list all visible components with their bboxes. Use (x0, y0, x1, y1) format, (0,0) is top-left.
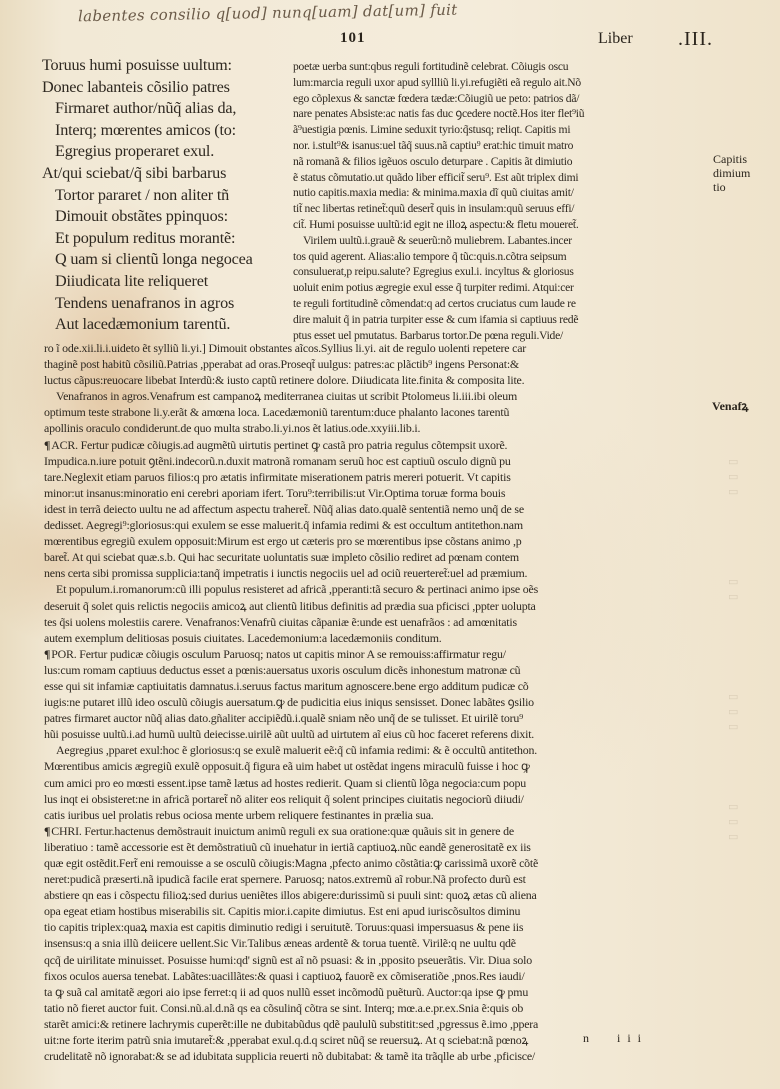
commentary-line: tes q̃si uolens molestiis carere. Venafr… (44, 614, 712, 630)
commentary-section-por: ¶POR. Fertur pudicæ cõiugis osculum Paru… (44, 646, 712, 662)
commentary-line: ã⁹uestigia pœnis. Limine seduxit tyrio:q… (293, 122, 713, 138)
commentary-line: uoluit enim potius ægregie exul esse q̃ … (293, 280, 713, 296)
commentary-line: hũi posuisse uultũ.i.ad humũ uultũ deiec… (44, 726, 712, 742)
commentary-line: ta ꝙ suã cal amitatẽ ægori aio ipse ferr… (44, 984, 712, 1000)
commentary-line: Mœrentibus amicis ægregiũ exulẽ opposuit… (44, 758, 712, 774)
pilcrow-icon: ¶ (44, 824, 50, 838)
margin-note-venafrum: Venafꝝ (712, 399, 749, 413)
commentary-line: nã romanã & filios igẽuos osculo deturpa… (293, 154, 713, 170)
commentary-line: ego cõplexus & sanctæ fœdera tædæ:Cõiugi… (293, 91, 713, 107)
commentary-column: poetæ uerba sunt:qbus reguli fortitudinẽ… (293, 59, 713, 343)
commentary-line: dedisset. Aegregi⁹:gloriosus:qui exulem … (44, 517, 712, 533)
running-head: Liber (598, 30, 633, 48)
commentary-line: fixos oculos auersa tenebat. Labãtes:uac… (44, 968, 712, 984)
handwritten-annotation: labentes consilio q[uod] nunq[uam] dat[u… (78, 1, 458, 26)
commentary-full-width: ro ĩ ode.xii.li.i.uideto ẽt sylliũ li.yi… (44, 340, 712, 1064)
signature-mark: ni i i (583, 1031, 643, 1046)
show-through-text: ▭▭▭ (728, 690, 738, 735)
commentary-line: Virilem uultũ.i.grauẽ & seuerũ:nõ mulieb… (293, 233, 713, 249)
commentary-line: liberatiuo : tamẽ accessorie est ẽt demõ… (44, 839, 712, 855)
show-through-text: ▭▭▭ (728, 455, 738, 500)
commentary-line: minor:ut insanus:minoratio eni cerebri a… (44, 485, 712, 501)
verse-line: Aut lacedæmonium tarentũ. (42, 314, 287, 336)
margin-note-line: tio (713, 180, 750, 194)
commentary-line: patres firmaret auctor nũq̃ alias dato.g… (44, 710, 712, 726)
commentary-line: tit̃ nec libertas retinet̃:quũ desert̃ q… (293, 201, 713, 217)
folio-number: 101 (340, 30, 366, 47)
commentary-line: iugis:ne putaret illũ ideo osculũ cõiugi… (44, 694, 712, 710)
commentary-line: crudelitatẽ nõ ignorabat:& se ad idubita… (44, 1048, 712, 1064)
verse-line: Interq; mœrentes amicos (to: (42, 120, 287, 142)
commentary-line: deseruit q̃ solet quis relictis negociis… (44, 598, 712, 614)
commentary-line: insensus:q a snia illũ deiicere uellent.… (44, 935, 712, 951)
show-through-text: ▭▭ (728, 575, 738, 605)
commentary-line: tos quid agerent. Alias:alio tempore q̃ … (293, 249, 713, 265)
commentary-line: CHRI. Fertur.hactenus demõstrauit inuict… (51, 824, 514, 838)
signature-number: i i i (617, 1031, 643, 1045)
commentary-line: nutio capitis.maxia media: & minima.maxi… (293, 185, 713, 201)
commentary-line: Venafranos in agros.Venafrum est campano… (44, 388, 712, 404)
verse-line: Dimouit obstãtes ppinquos: (42, 206, 287, 228)
verse-line: Diiudicata lite reliqueret (42, 271, 287, 293)
verse-block: Toruus humi posuisse uultum: Donec laban… (42, 55, 287, 336)
commentary-line: nens certa sibi promissa supplicia:tanq̃… (44, 565, 712, 581)
verse-line: Tendens uenafranos in agros (42, 293, 287, 315)
verse-line: Tortor pararet / non aliter tñ (42, 185, 287, 207)
commentary-line: Aegregius ,pparet exul:hoc ẽ gloriosus:q… (44, 742, 712, 758)
commentary-line: esse qui sit infamiæ captiuitatis damnat… (44, 678, 712, 694)
commentary-line: nor. i.stult⁹& isanus:uel tãq̃ suus.nã c… (293, 138, 713, 154)
pilcrow-icon: ¶ (44, 438, 50, 452)
signature-letter: n (583, 1031, 591, 1045)
commentary-line: neret:pudicã præserti.nã ipudicã facile … (44, 871, 712, 887)
commentary-section-chri: ¶CHRI. Fertur.hactenus demõstrauit inuic… (44, 823, 712, 839)
commentary-line: qcq̃ de uirilitate minuisset. Posuisse h… (44, 952, 712, 968)
commentary-line: lus:cum romam captiuus deductus esset a … (44, 662, 712, 678)
commentary-line: luctus cãpus:reuocare libebat Interdũ:& … (44, 372, 712, 388)
commentary-line: catis iuribus uel prolatis rebus ociosa … (44, 807, 712, 823)
commentary-line: baret̃. At qui sciebat quæ.s.b. Qui hac … (44, 549, 712, 565)
verse-line: Egregius properaret exul. (42, 141, 287, 163)
margin-note-capitis: Capitis dimium tio (713, 152, 750, 194)
margin-note-line: dimium (713, 166, 750, 180)
book-number: .III. (678, 28, 713, 51)
verse-line: Firmaret author/nũq̃ alias da, (42, 98, 287, 120)
commentary-line: ẽ status cõmutatio.ut quãdo liber effici… (293, 170, 713, 186)
commentary-line: Impudica.n.iure potuit ꝯtẽni.indecorũ.n.… (44, 453, 712, 469)
commentary-line: autem exemplum delitiosas posuis ciuitat… (44, 630, 712, 646)
commentary-line: apollinis oraculo condiderunt.de quo mul… (44, 420, 712, 436)
pilcrow-icon: ¶ (44, 647, 50, 661)
commentary-line: starẽt amici:& retinere lachrymis cuperẽ… (44, 1016, 712, 1032)
commentary-line: lus inqt ei obsisteret:ne in africã port… (44, 791, 712, 807)
commentary-line: consuluerat,p reipu.salute? Egregius exu… (293, 264, 713, 280)
show-through-text: ▭▭▭ (728, 800, 738, 845)
commentary-line: quæ egit ostẽdit.Fert̃ eni remouisse a s… (44, 855, 712, 871)
book-page: labentes consilio q[uod] nunq[uam] dat[u… (0, 0, 780, 1089)
commentary-line: cum amici pro eo mœsti essent.ipse tamẽ … (44, 775, 712, 791)
commentary-line: lum:marcia reguli uxor apud syllliũ li.y… (293, 75, 713, 91)
commentary-line: tatio nõ fieret auctor fuit. Consi.nũ.al… (44, 1000, 712, 1016)
commentary-line: idest in terrã deiecto uultu ne ad affec… (44, 501, 712, 517)
verse-line: At/qui sciebat/q̃ sibi barbarus (42, 163, 287, 185)
commentary-line: POR. Fertur pudicæ cõiugis osculum Paruo… (51, 647, 506, 661)
verse-line: Q uam si clientũ longa negocea (42, 249, 287, 271)
commentary-line: optimum teste strabone li.y.erãt & amœna… (44, 404, 712, 420)
commentary-line: Et populum.i.romanorum:cũ illi populus r… (44, 581, 712, 597)
commentary-line: thaginẽ post habitũ cõsiliũ.Patrias ,ppe… (44, 356, 712, 372)
commentary-section-acr: ¶ACR. Fertur pudicæ cõiugis.ad augmẽtũ u… (44, 437, 712, 453)
commentary-line: ro ĩ ode.xii.li.i.uideto ẽt sylliũ li.yi… (44, 340, 712, 356)
verse-line: Toruus humi posuisse uultum: (42, 55, 287, 77)
commentary-line: dire maluit q̃ in patria turpiter esse &… (293, 312, 713, 328)
commentary-line: mœrentibus egregiũ exulem opposuit:Mirum… (44, 533, 712, 549)
commentary-line: opa egeat etiam hostibus miserabilis sit… (44, 903, 712, 919)
margin-note-line: Capitis (713, 152, 750, 166)
commentary-line: abstiere qn eas i cõspectu filioꝝ:sed du… (44, 887, 712, 903)
commentary-line: te reguli fortitudinẽ cõmendat:q ad cert… (293, 296, 713, 312)
verse-line: Donec labanteis cõsilio patres (42, 77, 287, 99)
commentary-line: ACR. Fertur pudicæ cõiugis.ad augmẽtũ ui… (51, 438, 507, 452)
commentary-line: poetæ uerba sunt:qbus reguli fortitudinẽ… (293, 59, 713, 75)
commentary-line: nare penates Absiste:ac natis fas duc ꝯc… (293, 106, 713, 122)
commentary-line: tare.Neglexit etiam paruos filios:q pro … (44, 469, 712, 485)
verse-line: Et populum reditus morantẽ: (42, 228, 287, 250)
commentary-line: tio capitis triplex:quaꝝ maxia est capit… (44, 919, 712, 935)
commentary-line: cit̃. Humi posuisse uultũ:id egit ne ill… (293, 217, 713, 233)
